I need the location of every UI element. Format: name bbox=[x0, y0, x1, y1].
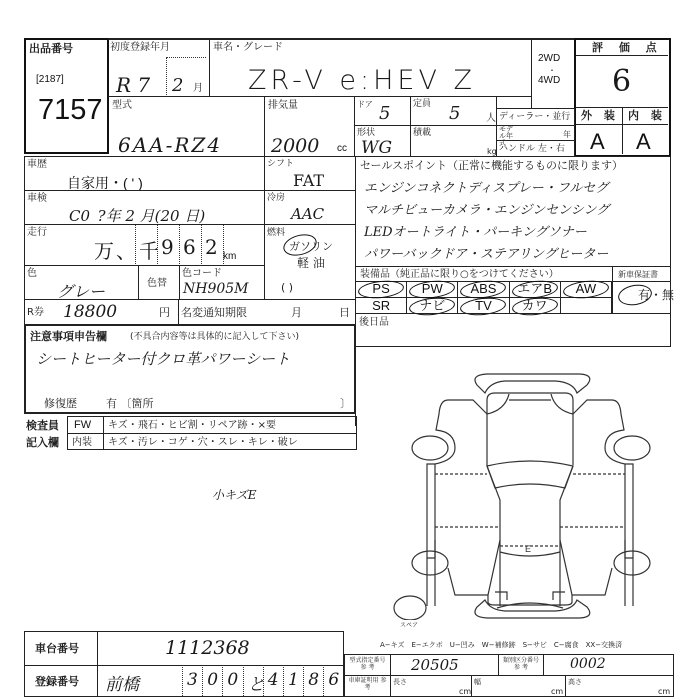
displacement-cell: 排気量 2000 cc bbox=[264, 96, 355, 157]
color-code-value: NH905M bbox=[183, 281, 249, 297]
usage-cell: 車歴 自家用・( ' ) bbox=[24, 156, 265, 191]
inspection-cell: 車検 C0_?年 2 月(20 日) bbox=[24, 190, 265, 225]
later-items-box: 後日品 bbox=[355, 313, 671, 347]
ac-value: AAC bbox=[291, 205, 324, 223]
model-cell: 型式 6AA-RZ4 bbox=[108, 96, 265, 157]
equipment-item: カワ bbox=[510, 298, 561, 315]
notes-box: 注意事項申告欄 (不具合内容等は具体的に記入して下さい) シートヒーター付クロ革… bbox=[24, 324, 356, 414]
mileage-digit: 2 bbox=[201, 225, 223, 266]
first-reg-month: 2 bbox=[172, 75, 183, 96]
divider bbox=[576, 55, 668, 56]
divider bbox=[68, 433, 356, 434]
color-label: 色 bbox=[27, 268, 37, 279]
lot-number-box: 出品番号 [2187] 7157 bbox=[24, 38, 109, 154]
sales-point-line: パワーバックドア・ステアリングヒーター bbox=[364, 243, 608, 262]
car-name-cell: 車名・グレード ZR-V e:HEV Z bbox=[209, 38, 532, 97]
fuel-label: 燃料 bbox=[267, 228, 285, 239]
color-change-label: 色替 bbox=[147, 278, 167, 289]
inspector-label-2: 記入欄 bbox=[26, 437, 59, 448]
class-number: 0002 bbox=[570, 656, 606, 672]
length-label: 長さ bbox=[393, 677, 407, 688]
mileage-digit: 万 bbox=[91, 225, 113, 266]
warranty-selected-circle bbox=[617, 282, 654, 308]
repair-history-value: 有 〔箇所 bbox=[106, 398, 154, 409]
drive-2wd: 2WD bbox=[538, 53, 560, 64]
registration-digit: 0 bbox=[222, 665, 242, 696]
color-cell: 色 グレー bbox=[24, 265, 139, 300]
car-diagram-rear bbox=[355, 540, 700, 620]
doors-cell: ドア 5 bbox=[354, 96, 411, 126]
notes-text: シートヒーター付クロ革パワーシート bbox=[36, 348, 290, 369]
registration-digit: 6 bbox=[323, 665, 343, 696]
sales-point-line: マルチビューカメラ・エンジンセンシング bbox=[364, 199, 609, 218]
equipment-item bbox=[561, 298, 612, 315]
capacity-cell: 定員 5 人 bbox=[410, 96, 497, 126]
equipment-item: PW bbox=[407, 281, 458, 298]
model-value: 6AA-RZ4 bbox=[118, 133, 222, 157]
sales-point-line: LEDオートライト・パーキングソナー bbox=[364, 221, 587, 240]
registration-digit: と bbox=[243, 665, 263, 696]
notes-label: 注意事項申告欄 bbox=[30, 331, 107, 342]
name-change-label: 名変通知期限 bbox=[181, 307, 247, 318]
recycle-cell: R券 18800 円 bbox=[24, 299, 179, 325]
type-designation-box: 型式指定番号 参 考 20505 類別区分番号 参 考 0002 車庫証明用 参… bbox=[344, 654, 674, 697]
warranty-label: 新車保証書 bbox=[618, 269, 658, 280]
handwritten-damage-note: 小キズE bbox=[212, 486, 257, 503]
first-reg-label: 初度登録年月 bbox=[110, 42, 170, 53]
interior-grade: A bbox=[636, 129, 651, 155]
mileage-digit: 9 bbox=[157, 225, 179, 266]
handle-label: ハンドル 左・右 bbox=[499, 144, 565, 155]
divider bbox=[345, 675, 673, 676]
displacement-label: 排気量 bbox=[268, 100, 298, 111]
equipment-item: エアB bbox=[510, 281, 561, 298]
equipment-item: TV bbox=[458, 298, 509, 315]
width-unit: cm bbox=[551, 686, 563, 697]
divider bbox=[166, 57, 206, 58]
height-unit: cm bbox=[658, 686, 670, 697]
color-code-cell: 色コード NH905M bbox=[179, 265, 265, 300]
usage-label: 車歴 bbox=[27, 159, 47, 170]
spare-label: スペア bbox=[400, 620, 418, 631]
divider bbox=[498, 655, 499, 675]
drive-type-cell: 2WD ・ 4WD bbox=[531, 38, 575, 109]
drive-4wd: 4WD bbox=[538, 75, 560, 86]
equipment-item: PS bbox=[356, 281, 407, 298]
chassis-number: 1112368 bbox=[165, 637, 250, 659]
repair-history-close: 〕 bbox=[340, 398, 351, 409]
equipment-label: 装備品（純正品に限り○をつけてください） bbox=[360, 269, 559, 280]
mileage-digit: 千 bbox=[135, 225, 157, 266]
width-label: 幅 bbox=[474, 677, 481, 688]
registration-digit: 8 bbox=[303, 665, 323, 696]
interior-items: キズ・汚レ・コゲ・穴・スレ・キレ・破レ bbox=[108, 437, 298, 448]
load-cell: 積載 kg bbox=[410, 125, 497, 157]
lot-label: 出品番号 bbox=[29, 43, 73, 54]
day-label: 日 bbox=[339, 307, 350, 318]
ac-label: 冷房 bbox=[267, 193, 285, 204]
displacement-value: 2000 bbox=[271, 135, 319, 157]
inspector-label-1: 検査員 bbox=[26, 420, 59, 431]
month-label: 月 bbox=[291, 307, 302, 318]
model-label: 型式 bbox=[112, 100, 132, 111]
registration-digit: 0 bbox=[202, 665, 222, 696]
mileage-unit: km bbox=[223, 251, 236, 262]
exterior-label: 外 装 bbox=[581, 110, 619, 121]
sales-points-box: セールスポイント（正常に機能するものに限ります） エンジンコネクトディスプレー・… bbox=[355, 156, 671, 267]
shift-value: FAT bbox=[293, 171, 324, 190]
capacity-value: 5 bbox=[449, 103, 460, 124]
interior-label: 内 装 bbox=[628, 110, 666, 121]
equipment-item: ABS bbox=[458, 281, 509, 298]
mileage-cell: 走行 万、千962 km bbox=[24, 224, 265, 266]
divider bbox=[622, 107, 623, 154]
fuel-cell: 燃料 ガソリン 軽 油 ( ) bbox=[264, 224, 356, 300]
mileage-digit: 、 bbox=[113, 225, 135, 266]
registration-digits: 300と4186 bbox=[182, 665, 344, 696]
ac-cell: 冷房 AAC bbox=[264, 190, 356, 225]
sales-point-line: エンジンコネクトディスプレー・フルセグ bbox=[364, 177, 608, 196]
inspection-value: C0_?年 2 月(20 日) bbox=[69, 205, 205, 226]
mileage-digits: 万、千962 bbox=[91, 225, 266, 266]
model-year-cell: モデル年式 年 bbox=[496, 125, 575, 141]
dealer-label: ディーラー・並行 bbox=[499, 112, 570, 123]
displacement-unit: cc bbox=[337, 143, 347, 154]
score-label: 評 価 点 bbox=[592, 42, 663, 53]
inspection-label: 車検 bbox=[27, 193, 47, 204]
recycle-amount: 18800 bbox=[63, 302, 117, 322]
fuel-other: ( ) bbox=[281, 282, 293, 293]
divider bbox=[543, 655, 544, 675]
equipment-item: ナビ bbox=[407, 298, 458, 315]
registration-digit: 1 bbox=[283, 665, 303, 696]
dealer-cell: ディーラー・並行 bbox=[496, 108, 575, 126]
divider bbox=[612, 267, 613, 314]
handle-cell: ハンドル 左・右 bbox=[496, 140, 575, 157]
interior-label: 内装 bbox=[72, 437, 92, 448]
registration-digit: 3 bbox=[182, 665, 202, 696]
score-value: 6 bbox=[612, 64, 631, 99]
registration-area: 前橋 bbox=[105, 670, 139, 695]
sales-points-label: セールスポイント（正常に機能するものに限ります） bbox=[360, 160, 623, 171]
mileage-digit: 6 bbox=[179, 225, 201, 266]
month-unit: 月 bbox=[193, 83, 203, 94]
lot-sub-number: [2187] bbox=[36, 74, 64, 85]
equipment-box: 装備品（純正品に限り○をつけてください） 新車保証書 有・無 PSPWABSエア… bbox=[355, 266, 671, 314]
fw-items: キズ・飛石・ヒビ割・リペア跡・×要 bbox=[108, 420, 276, 431]
load-label: 積載 bbox=[413, 128, 431, 139]
name-change-cell: 名変通知期限 月 日 bbox=[178, 299, 356, 325]
capacity-unit: 人 bbox=[486, 113, 496, 124]
type-designation-label: 型式指定番号 参 考 bbox=[346, 657, 389, 671]
length-unit: cm bbox=[459, 686, 471, 697]
first-reg-year: R 7 bbox=[116, 73, 150, 97]
registration-label: 登録番号 bbox=[35, 676, 79, 687]
shift-cell: シフト FAT bbox=[264, 156, 356, 191]
doors-label: ドア bbox=[357, 99, 373, 110]
height-label: 高さ bbox=[568, 677, 582, 688]
first-registration-cell: 初度登録年月 R 7 2 月 bbox=[108, 38, 210, 97]
inspector-box: FW キズ・飛石・ヒビ割・リペア跡・×要 内装 キズ・汚レ・コゲ・穴・スレ・キレ… bbox=[67, 416, 357, 450]
damage-legend: A−キズ E−エクボ U−凹み W−補修跡 S−サビ C−腐食 XX−交換済 bbox=[380, 640, 622, 651]
mileage-label: 走行 bbox=[27, 227, 47, 238]
doors-value: 5 bbox=[379, 103, 390, 124]
chassis-registration-box: 車台番号 1112368 登録番号 前橋 300と4186 bbox=[24, 631, 344, 697]
fw-label: FW bbox=[74, 419, 91, 431]
yen-unit: 円 bbox=[159, 307, 170, 318]
car-name: ZR-V e:HEV Z bbox=[248, 65, 476, 96]
fuel-diesel: 軽 油 bbox=[297, 258, 325, 269]
later-items-label: 後日品 bbox=[359, 317, 389, 328]
chassis-label: 車台番号 bbox=[35, 643, 79, 654]
lot-number: 7157 bbox=[38, 94, 103, 127]
garage-cert-label: 車庫証明用 参 考 bbox=[346, 677, 389, 691]
divider bbox=[565, 675, 566, 696]
repair-history-label: 修復歴 bbox=[44, 398, 77, 409]
registration-digit: 4 bbox=[263, 665, 283, 696]
divider bbox=[97, 632, 98, 696]
divider bbox=[166, 57, 167, 97]
exterior-grade: A bbox=[590, 129, 605, 155]
color-change-cell: 色替 bbox=[138, 265, 180, 300]
class-number-label: 類別区分番号 参 考 bbox=[500, 657, 542, 671]
score-box: 評 価 点 6 外 装 内 装 A A bbox=[574, 38, 671, 157]
body-cell: 形状 WG bbox=[354, 125, 411, 157]
equipment-grid: PSPWABSエアBAWSRナビTVカワ bbox=[356, 281, 612, 314]
notes-label-sub: (不具合内容等は具体的に記入して下さい) bbox=[130, 332, 299, 343]
equipment-item: AW bbox=[561, 281, 612, 298]
body-value: WG bbox=[361, 138, 392, 158]
recycle-label: R券 bbox=[27, 307, 44, 318]
shift-label: シフト bbox=[267, 159, 294, 170]
capacity-label: 定員 bbox=[413, 99, 431, 110]
model-year-unit: 年 bbox=[563, 129, 571, 140]
fuel-selected-circle bbox=[281, 231, 319, 259]
car-name-label: 車名・グレード bbox=[213, 42, 283, 53]
equipment-item: SR bbox=[356, 298, 407, 315]
color-code-label: 色コード bbox=[182, 268, 222, 279]
type-designation-number: 20505 bbox=[411, 656, 459, 674]
